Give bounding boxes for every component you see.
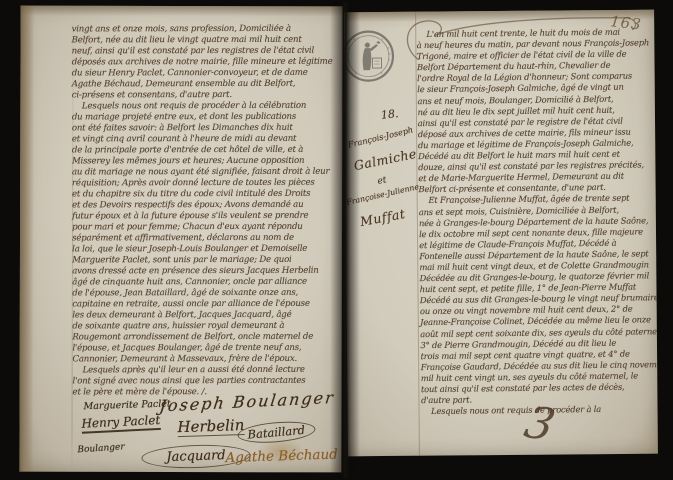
- left-page: vingt ans et onze mois, sans profession,…: [19, 6, 342, 473]
- manuscript-line: Belfort, née au dit lieu le vingt quatre…: [72, 35, 338, 47]
- manuscript-line: futur époux et à la future épouse s'ils …: [72, 211, 338, 223]
- manuscript-line: réquisition; Après avoir donné lecture d…: [72, 178, 338, 190]
- manuscript-line: la loi, que le sieur Joseph-Louis Boulan…: [72, 244, 338, 256]
- manuscript-line: avons dressé acte en présence des sieurs…: [72, 266, 338, 278]
- manuscript-line: et du chapitre six du titre du code civi…: [72, 189, 338, 201]
- signature-herbelin: Herbelin: [177, 416, 244, 437]
- manuscript-line: déposés aux archives de notre mairie, fi…: [72, 57, 338, 69]
- right-act-text: L'an mil huit cent trente, le huit du mo…: [417, 26, 656, 417]
- book-gutter: [330, 2, 360, 478]
- manuscript-line: pour mari et pour femme; Chacun d'eux ay…: [72, 222, 338, 234]
- manuscript-line: Lesquels après qu'il leur en a aussi été…: [72, 365, 338, 377]
- manuscript-line: Misserey les mêmes jours et heures; Aucu…: [72, 156, 338, 168]
- manuscript-line: et vingt cinq avril courant à l'heure de…: [72, 134, 338, 146]
- margin-bride-surname: Muffat: [359, 206, 407, 229]
- manuscript-line: ci-présens et consentans, d'autre part.: [72, 90, 338, 102]
- manuscript-line: et des Devoirs respectifs des époux; Avo…: [72, 200, 338, 212]
- right-page: 163 18. François-Joseph Ga: [344, 10, 658, 457]
- manuscript-line: Marguerite Paclet, sont unis par le mari…: [72, 255, 338, 267]
- margin-conjunction: et: [377, 175, 388, 186]
- ink-stain: [257, 438, 305, 464]
- left-act-text: vingt ans et onze mois, sans profession,…: [72, 24, 339, 399]
- manuscript-line: Agathe Béchaud, Demeurant ensemble au di…: [72, 79, 338, 91]
- margin-groom-surname: Galmiche: [352, 146, 417, 173]
- manuscript-line: séparément et affirmativement, déclarons…: [72, 233, 338, 245]
- manuscript-line: du mariage projeté entre eux, et dont le…: [72, 112, 338, 124]
- signature-joseph-boulanger: Joseph Boulanger: [158, 388, 336, 416]
- register-scan: vingt ans et onze mois, sans profession,…: [0, 0, 673, 480]
- manuscript-line: de soixante quatre ans, huissier royal d…: [72, 321, 338, 333]
- manuscript-line: de la principale porte d'entrée de cet h…: [72, 145, 338, 157]
- signature-marguerite-paclet: Marguerite Paclet: [83, 398, 171, 412]
- manuscript-line: capitaine en retraite, aussi oncle par a…: [72, 299, 338, 311]
- manuscript-line: Lesquels nous ont requis de procéder à l…: [72, 101, 338, 113]
- manuscript-line: Cannonier, Demeurant à Massevaux, frère …: [72, 354, 338, 366]
- manuscript-line: âgé de cinquante huit ans, Cannonier, on…: [72, 277, 338, 289]
- manuscript-line: neuf, ainsi qu'il est constaté par les r…: [72, 46, 338, 58]
- manuscript-line: Rougemont arrondissement de Belfort, onc…: [72, 332, 338, 344]
- signature-henry-paclet: Henry Paclet: [81, 413, 161, 434]
- act-number: 18.: [380, 107, 399, 122]
- manuscript-line: les deux demeurant à Belfort, Jacques Ja…: [72, 310, 338, 322]
- signature-boulanger: Boulanger: [77, 442, 125, 455]
- manuscript-line: vingt ans et onze mois, sans profession,…: [72, 24, 338, 36]
- manuscript-line: ont été faites savoir: à Belfort les Dim…: [72, 123, 338, 135]
- manuscript-line: l'épouse, et Jacques Boulanger, âgé de t…: [72, 343, 338, 355]
- manuscript-line: du sieur Henry Paclet, Cannonier-convoye…: [72, 68, 338, 80]
- left-page-top-browning: [21, 6, 343, 17]
- manuscript-line: au dit mariage ne nous ayant été signifi…: [72, 167, 338, 179]
- manuscript-line: l'ont signé avec nous ainsi que les part…: [73, 376, 339, 388]
- manuscript-line: de l'épouse, Jean Bataillard, âgé de soi…: [72, 288, 338, 300]
